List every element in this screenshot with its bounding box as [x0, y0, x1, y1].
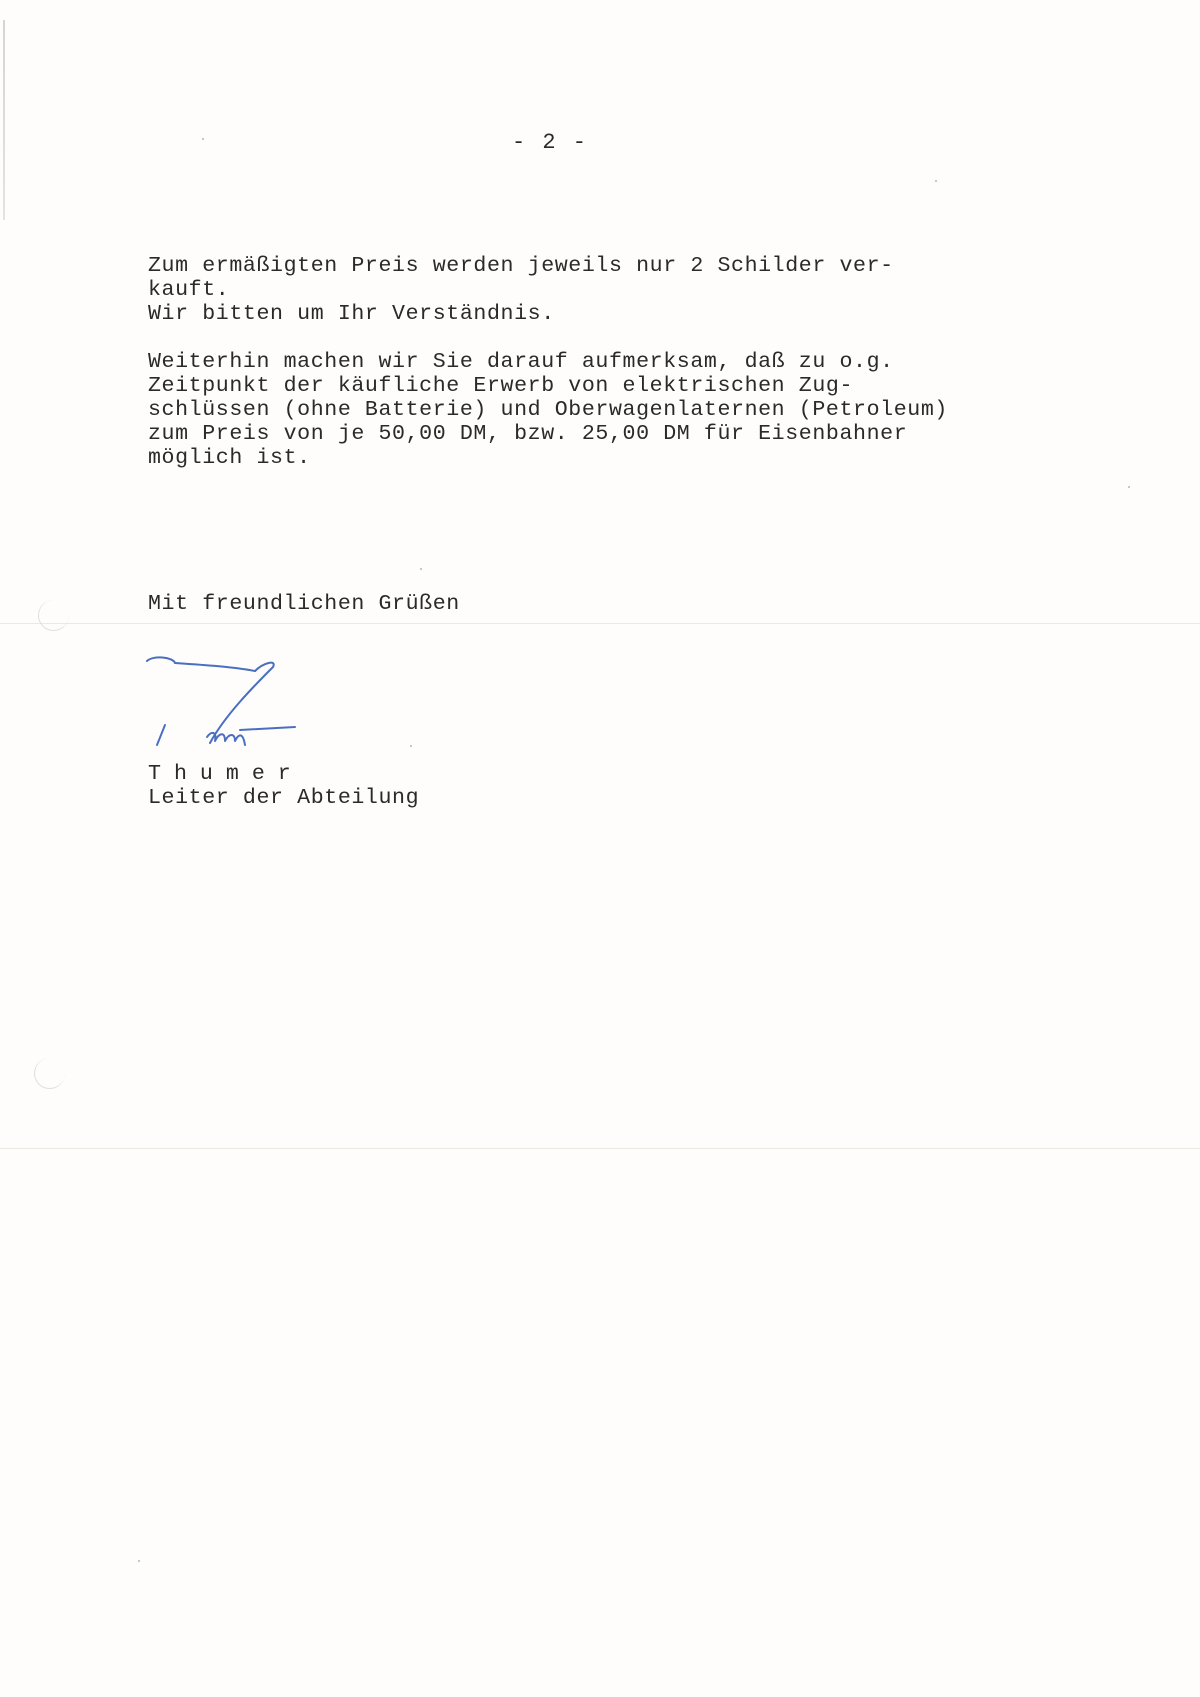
scan-speck: [138, 1560, 140, 1562]
scan-speck: [1128, 486, 1130, 488]
closing-salutation: Mit freundlichen Grüßen: [148, 592, 460, 616]
scanned-letter-page: - 2 - Zum ermäßigten Preis werden jeweil…: [0, 0, 1200, 1697]
scan-speck: [410, 745, 412, 747]
fold-line-upper: [0, 623, 1200, 624]
scan-speck: [420, 568, 422, 570]
page-number: - 2 -: [0, 130, 1100, 155]
signer-title: Leiter der Abteilung: [148, 786, 419, 810]
fold-line-lower: [0, 1148, 1200, 1149]
paper-edge-mark: [3, 20, 5, 220]
signer-name: Thumer: [148, 762, 304, 786]
paragraph-reduced-price: Zum ermäßigten Preis werden jeweils nur …: [148, 254, 894, 326]
handwritten-signature-icon: [145, 655, 315, 755]
paragraph-purchase-info: Weiterhin machen wir Sie darauf aufmerks…: [148, 350, 948, 470]
scan-speck: [935, 180, 937, 182]
punch-hole-icon: [38, 600, 69, 631]
punch-hole-icon: [34, 1058, 65, 1089]
